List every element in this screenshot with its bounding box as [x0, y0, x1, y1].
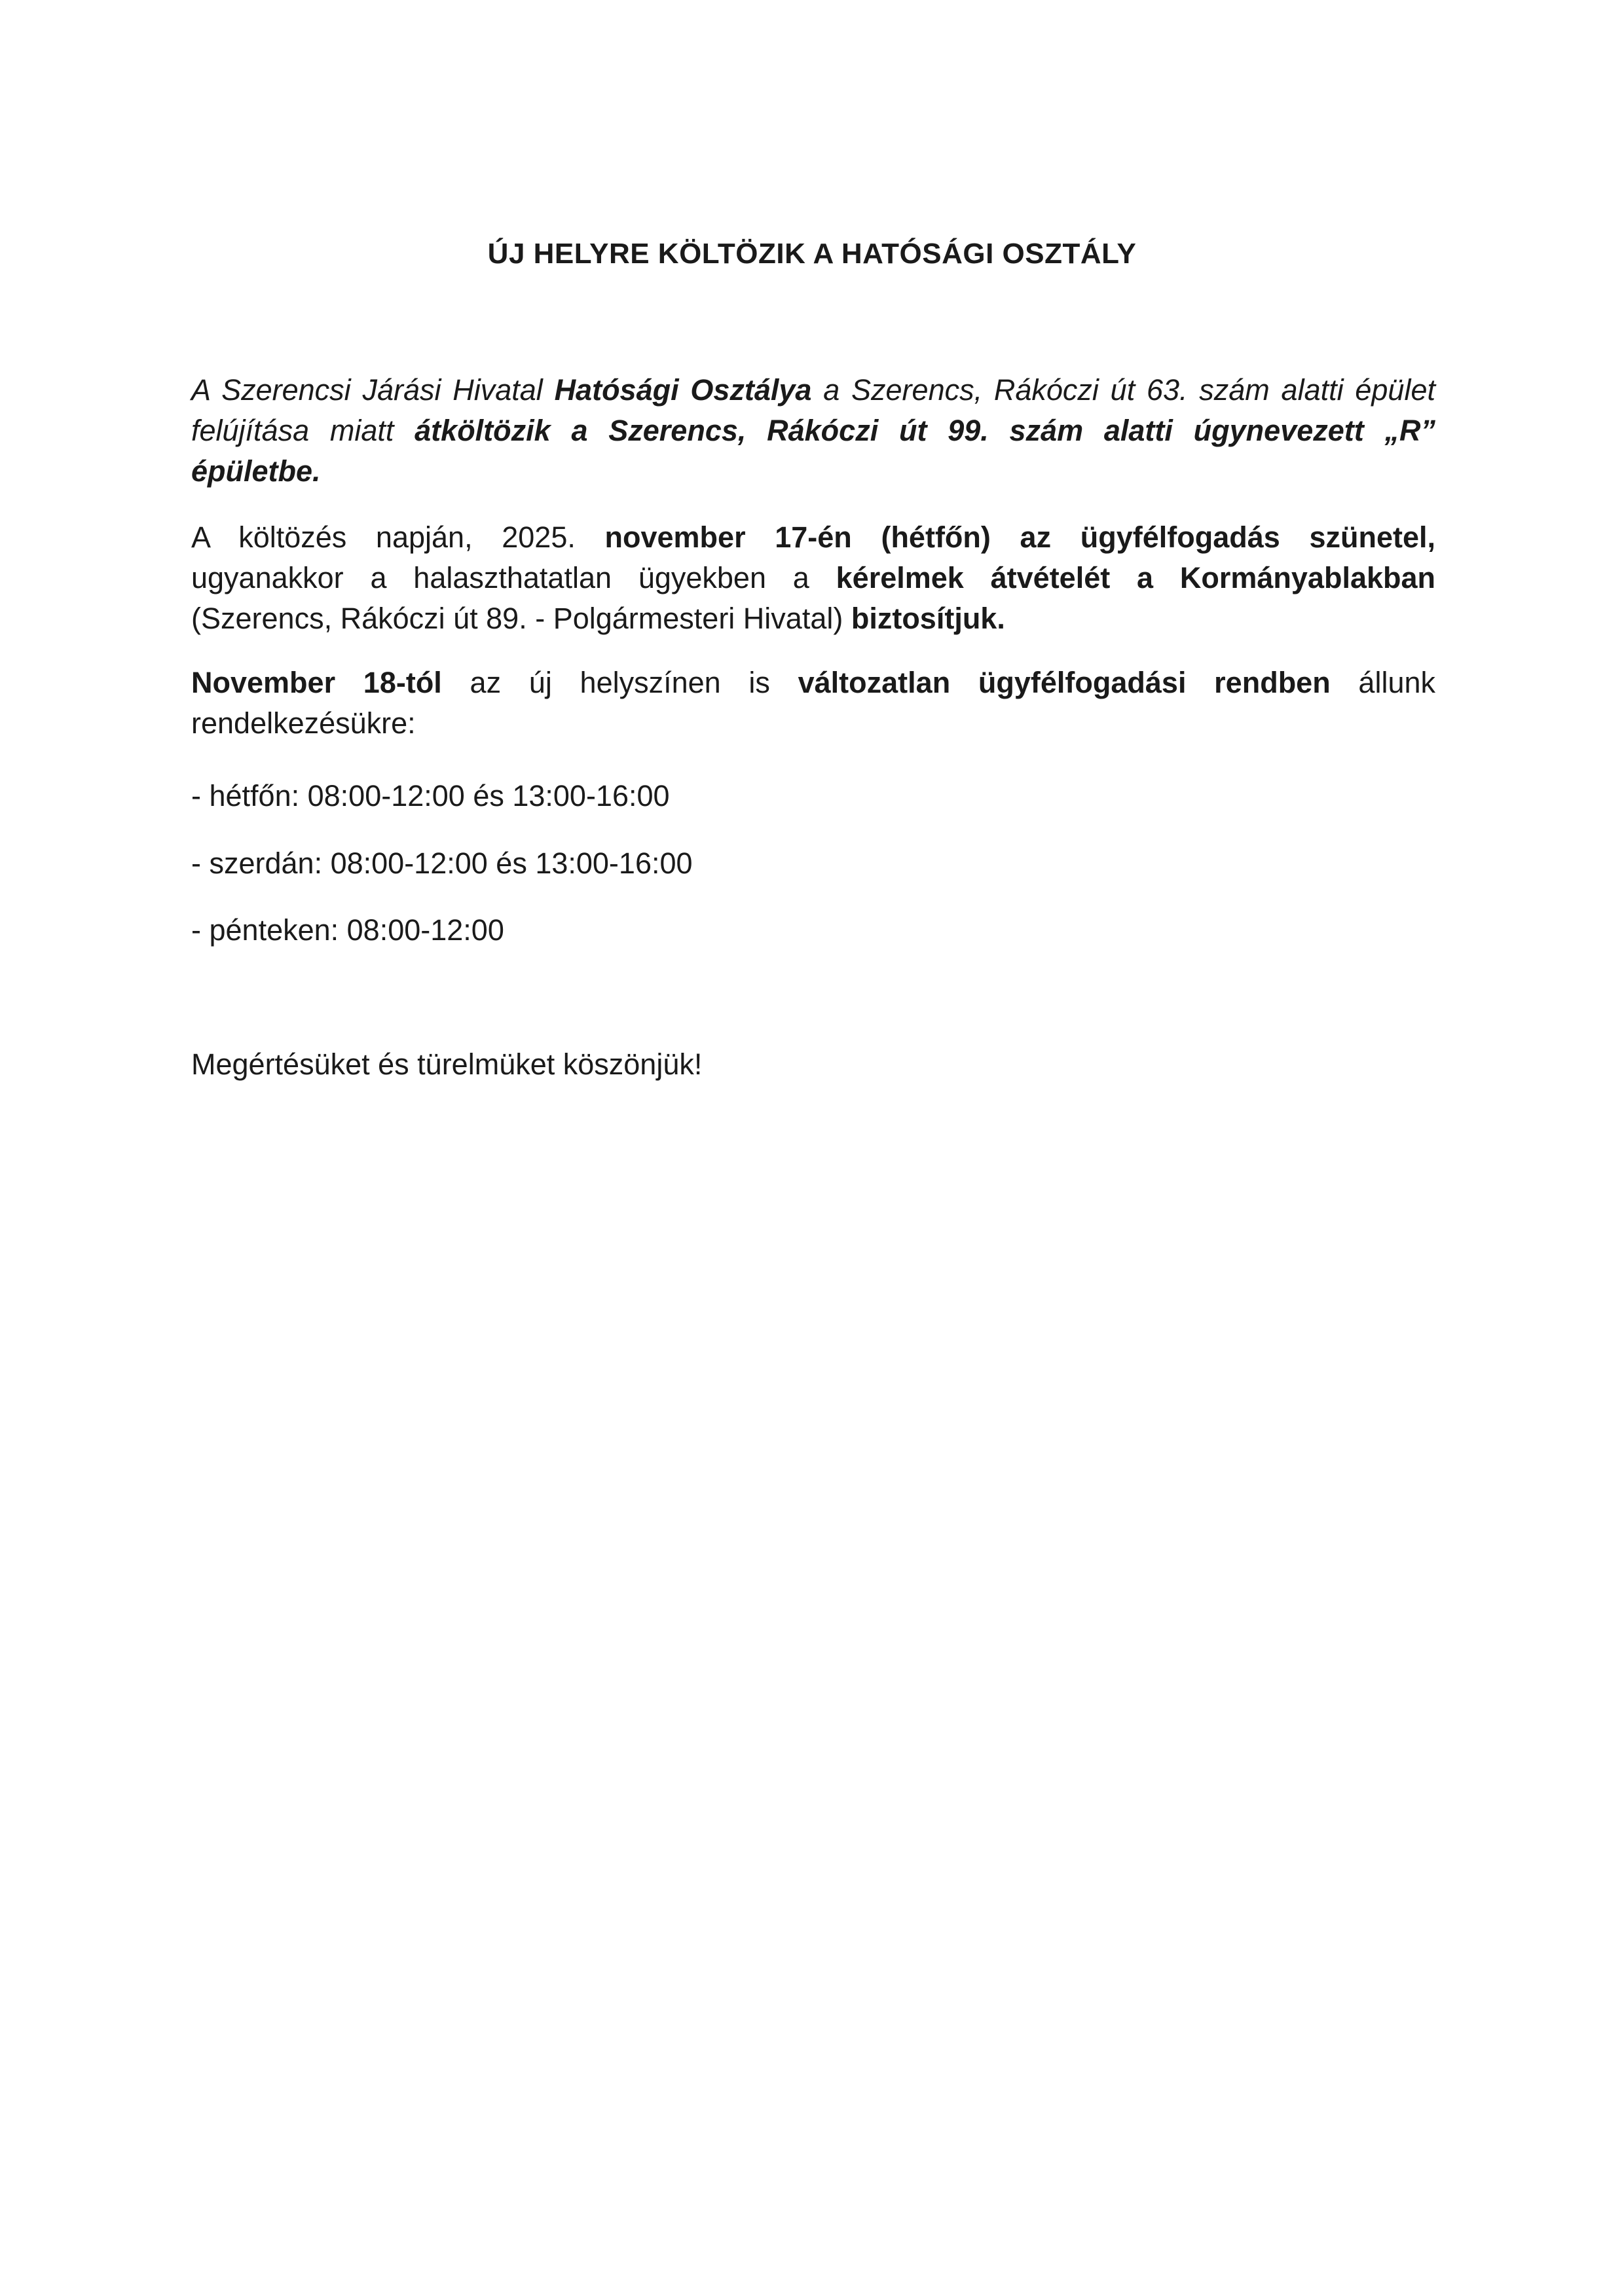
document-title: ÚJ HELYRE KÖLTÖZIK A HATÓSÁGI OSZTÁLY — [0, 234, 1624, 274]
text-segment: ugyanakkor a halaszthatatlan ügyekben a — [191, 561, 836, 594]
text-segment: (Szerencs, Rákóczi út 89. - Polgármester… — [191, 602, 851, 635]
closing-line: Megértésüket és türelmüket köszönjük! — [191, 1044, 702, 1085]
new-address-end: épületbe. — [191, 454, 321, 488]
text-segment: az új helyszínen is — [442, 666, 798, 699]
paragraph-line: rendelkezésükre: — [191, 703, 1435, 744]
department-name: Hatósági Osztálya — [555, 373, 812, 407]
text-segment: rendelkezésükre: — [191, 706, 416, 740]
opening-hours-monday: - hétfőn: 08:00-12:00 és 13:00-16:00 — [191, 776, 670, 816]
start-date: November 18-tól — [191, 666, 442, 699]
paragraph-line: (Szerencs, Rákóczi út 89. - Polgármester… — [191, 598, 1435, 639]
paragraph-new-schedule: November 18-tól az új helyszínen is vált… — [191, 663, 1435, 744]
schedule-note: változatlan ügyfélfogadási rendben — [798, 666, 1331, 699]
paragraph-line: épületbe. — [191, 451, 1435, 492]
paragraph-line: A Szerencsi Járási Hivatal Hatósági Oszt… — [191, 370, 1435, 410]
paragraph-relocation: A Szerencsi Járási Hivatal Hatósági Oszt… — [191, 370, 1435, 492]
paragraph-moving-day: A költözés napján, 2025. november 17-én … — [191, 517, 1435, 639]
paragraph-line: November 18-tól az új helyszínen is vált… — [191, 663, 1435, 703]
alternate-service: kérelmek átvételét a Kormányablakban — [836, 561, 1435, 594]
opening-hours-friday: - pénteken: 08:00-12:00 — [191, 910, 504, 951]
text-segment-bold: biztosítjuk. — [851, 602, 1005, 635]
text-segment: A költözés napján, 2025. — [191, 520, 605, 554]
text-segment: állunk — [1331, 666, 1435, 699]
new-address: átköltözik a Szerencs, Rákóczi út 99. sz… — [415, 414, 1435, 447]
paragraph-line: felújítása miatt átköltözik a Szerencs, … — [191, 410, 1435, 451]
opening-hours-wednesday: - szerdán: 08:00-12:00 és 13:00-16:00 — [191, 843, 693, 884]
text-segment: felújítása miatt — [191, 414, 415, 447]
closure-date: november 17-én (hétfőn) az ügyfélfogadás… — [605, 520, 1435, 554]
paragraph-line: A költözés napján, 2025. november 17-én … — [191, 517, 1435, 558]
paragraph-line: ugyanakkor a halaszthatatlan ügyekben a … — [191, 558, 1435, 598]
text-segment: a Szerencs, Rákóczi út 63. szám alatti é… — [811, 373, 1435, 407]
text-segment: A Szerencsi Járási Hivatal — [191, 373, 555, 407]
